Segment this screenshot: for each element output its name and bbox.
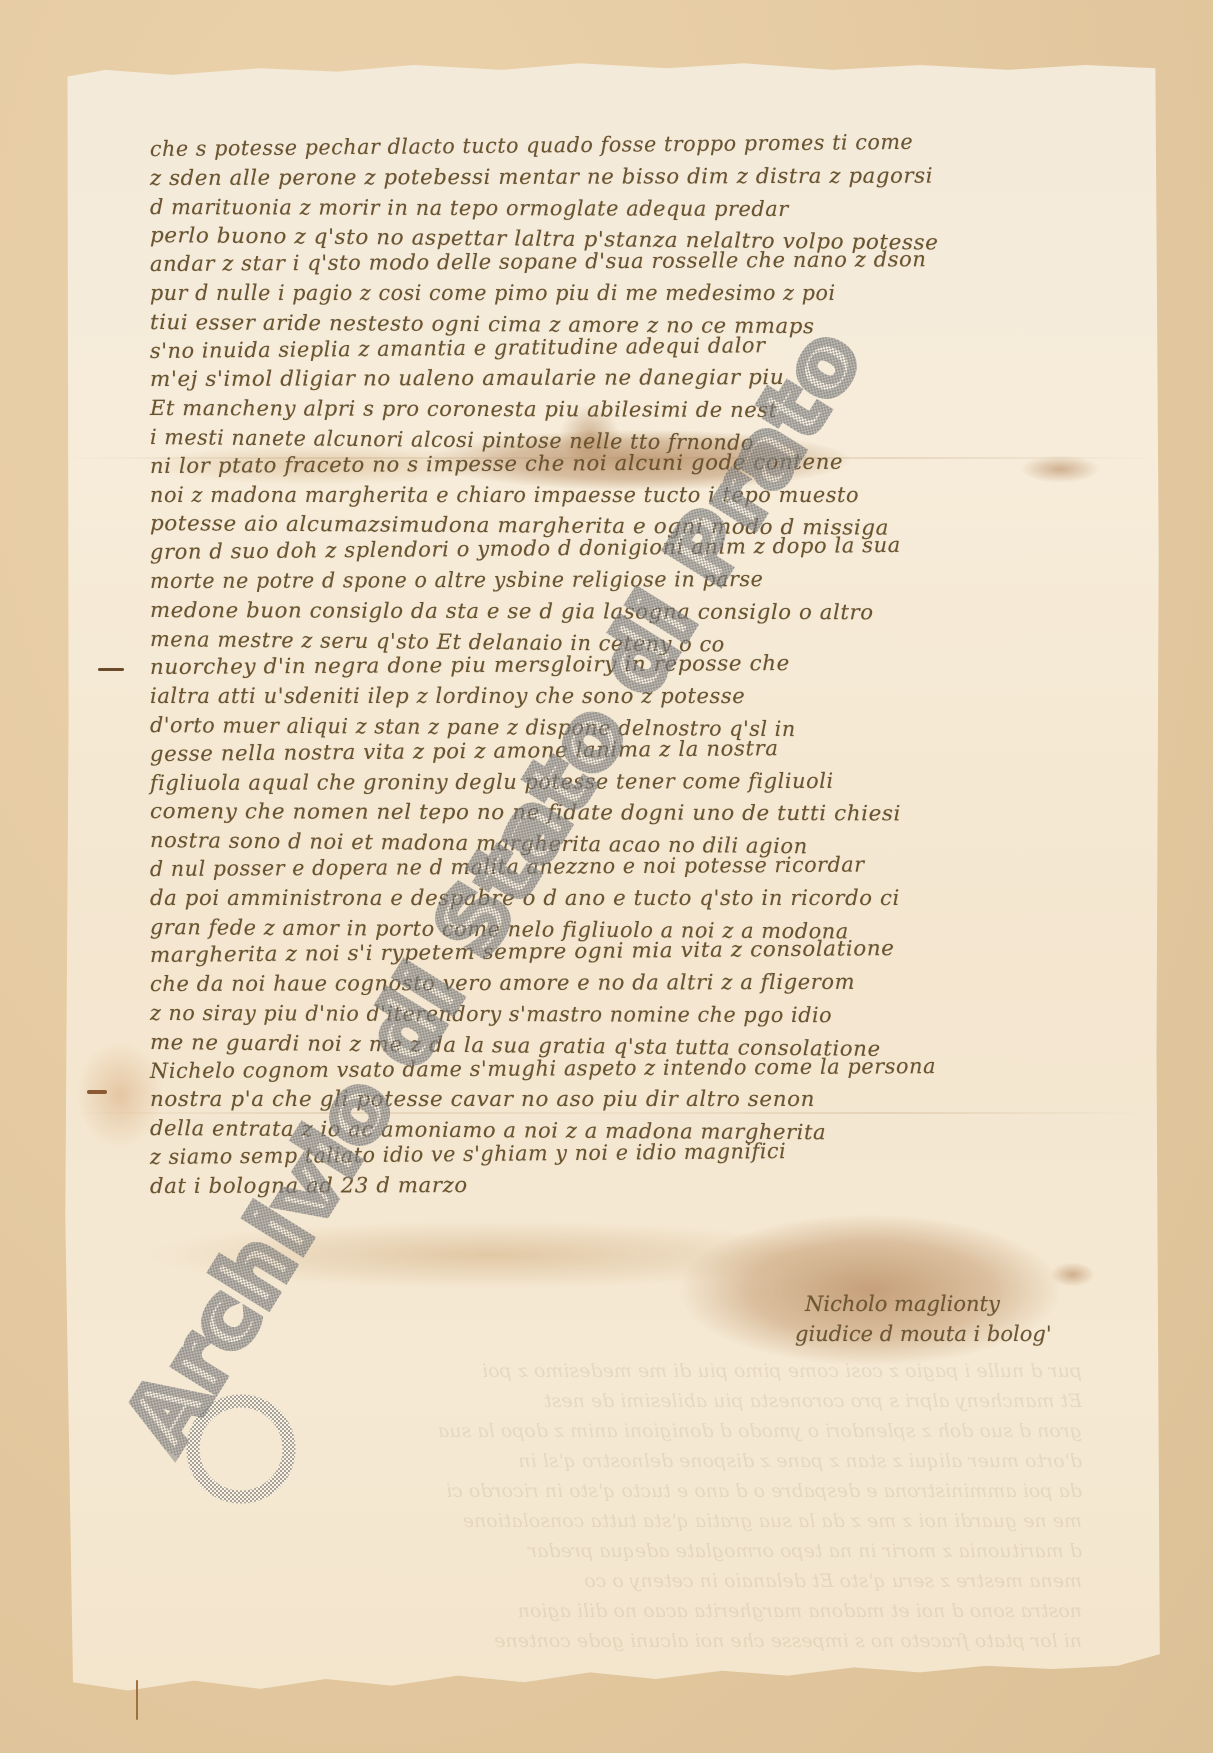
text-line: pur d nulle i pagio z cosi come pimo piu… [150, 279, 1140, 308]
bleed-through-text: ni lor ptato fraceto no s impesse che no… [182, 1630, 1082, 1652]
bleed-through-text: mena mestre z seru q'sto Et delanaio in … [182, 1570, 1082, 1592]
bleed-through-text: d marituonia z morir in na tepo ormoglat… [182, 1540, 1082, 1562]
text-line: ni lor ptato fraceto no s impesse che no… [150, 445, 1170, 480]
margin-ink-mark [87, 1090, 107, 1094]
signature-name: Nicholo maglionty [805, 1292, 1000, 1316]
text-line: noi z madona margherita e chiaro impaess… [150, 481, 1150, 510]
margin-ink-mark [98, 668, 124, 671]
bleed-through-text: pur d nulle i pagio z cosi come pimo piu… [182, 1360, 1082, 1382]
bleed-through-text: Et mancheny alpri s pro coronesta piu ab… [182, 1390, 1082, 1412]
text-line: Nichelo cognom vsato dame s'mughi aspeto… [150, 1050, 1150, 1085]
text-line: z sden alle perone z potebessi mentar ne… [150, 161, 1170, 193]
text-line: Et mancheny alpri s pro coronesta piu ab… [150, 394, 1160, 426]
bleed-through-text: gron d suo doh z splendori o ymodo d don… [182, 1420, 1082, 1442]
bleed-through-text: d'orto muer aliqui z stan z pane z dispo… [182, 1450, 1082, 1472]
text-line: comeny che nomen nel tepo no ne fidate d… [150, 797, 1180, 829]
text-line: d marituonia z morir in na tepo ormoglat… [150, 193, 1150, 225]
signature-title: giudice d mouta i bolog' [795, 1322, 1052, 1346]
text-line: m'ej s'imol dligiar no ualeno amaularie … [150, 362, 1180, 394]
bleed-through-text: nostra sono d noi et madona margherita a… [182, 1600, 1082, 1622]
text-line: z no siray piu d'nio d'iterendory s'mast… [150, 999, 1140, 1031]
bleed-through-text: me ne guardi noi z me z da la sua gratia… [182, 1510, 1082, 1532]
bleed-through-text: da poi amministrona e despabre o d ano e… [182, 1480, 1082, 1502]
text-line: figliuola aqual che groniny deglu potess… [150, 765, 1150, 797]
margin-ink-mark [136, 1680, 138, 1720]
text-line: che da noi haue cognosto vero amore e no… [150, 967, 1160, 999]
text-line: andar z star i q'sto modo delle sopane d… [150, 244, 1160, 279]
text-line: d nul posser e dopera ne d malita anezzn… [150, 849, 1140, 884]
text-line: da poi amministrona e despabre o d ano e… [150, 884, 1170, 913]
